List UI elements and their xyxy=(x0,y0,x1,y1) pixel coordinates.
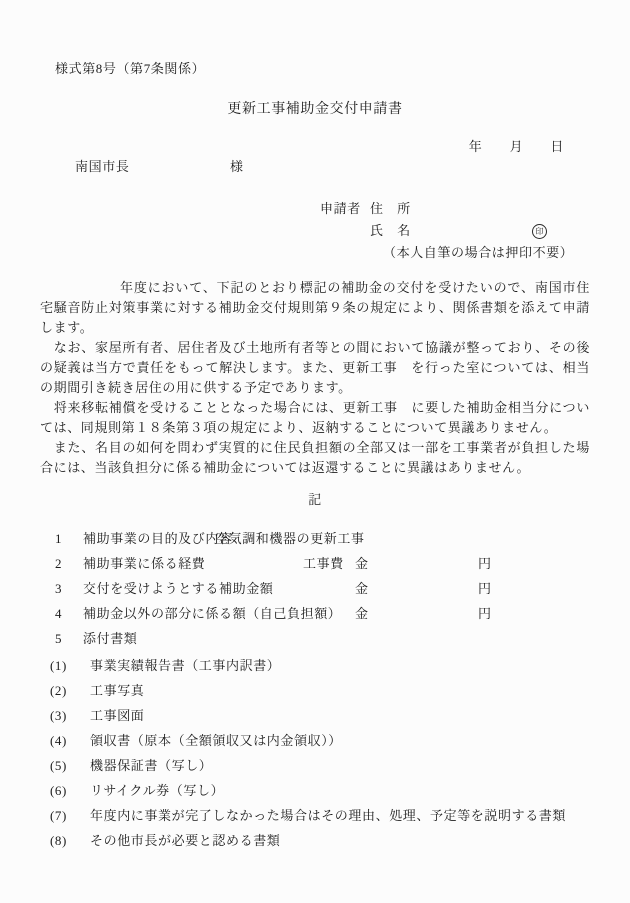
seal-note: （本人自筆の場合は押印不要） xyxy=(320,242,630,264)
attachment-number: (6) xyxy=(50,778,90,803)
seal-icon: 印 xyxy=(532,224,547,239)
item-label: 補助金以外の部分に係る額（自己負担額） xyxy=(83,606,341,621)
document-page: 様式第8号（第7条関係） 更新工事補助金交付申請書 年 月 日 南国市長様 申請… xyxy=(0,0,630,903)
item-label: 添付書類 xyxy=(83,631,137,646)
kin-label: 金 xyxy=(355,601,369,626)
item-number: 1 xyxy=(55,526,83,551)
applicant-name-row: 氏 名 印 xyxy=(320,220,630,242)
ki-heading: 記 xyxy=(0,491,630,509)
attachment-label: 工事図面 xyxy=(90,708,144,723)
attachment-item: (1)事業実績報告書（工事内訳書） xyxy=(0,653,630,678)
list-item-subsidy-amount: 3交付を受けようとする補助金額 金 円 xyxy=(0,576,630,601)
item-label: 補助事業に係る経費 xyxy=(83,556,205,571)
kin-label: 金 xyxy=(355,551,369,576)
attachment-label: 機器保証書（写し） xyxy=(90,758,212,773)
list-item-attachments-heading: 5添付書類 xyxy=(0,626,630,651)
name-label: 氏 名 xyxy=(370,223,411,238)
attachment-label: 事業実績報告書（工事内訳書） xyxy=(90,658,280,673)
attachment-item: (8)その他市長が必要と認める書類 xyxy=(0,828,630,853)
attachment-number: (8) xyxy=(50,828,90,853)
attachment-number: (4) xyxy=(50,728,90,753)
paragraph-agreement: なお、家屋所有者、居住者及び土地所有者等との間において協議が整っており、その後の… xyxy=(40,338,590,398)
attachment-item: (6)リサイクル券（写し） xyxy=(0,778,630,803)
attachment-list: (1)事業実績報告書（工事内訳書） (2)工事写真 (3)工事図面 (4)領収書… xyxy=(0,653,630,853)
attachment-label: 年度内に事業が完了しなかった場合はその理由、処理、予定等を説明する書類 xyxy=(90,808,566,823)
applicant-label: 申請者 xyxy=(320,198,370,220)
list-item-self-pay: 4補助金以外の部分に係る額（自己負担額） 金 円 xyxy=(0,601,630,626)
item-label: 交付を受けようとする補助金額 xyxy=(83,581,273,596)
attachment-item: (2)工事写真 xyxy=(0,678,630,703)
form-number: 様式第8号（第7条関係） xyxy=(55,62,630,76)
attachment-number: (5) xyxy=(50,753,90,778)
attachment-item: (7)年度内に事業が完了しなかった場合はその理由、処理、予定等を説明する書類 xyxy=(0,803,630,828)
item-number: 5 xyxy=(55,626,83,651)
addressee-honorific: 様 xyxy=(230,159,244,174)
item-list: 1補助事業の目的及び内容 空気調和機器の更新工事 2補助事業に係る経費 工事費 … xyxy=(0,526,630,853)
applicant-address-row: 申請者住 所 xyxy=(320,198,630,220)
attachment-label: リサイクル券（写し） xyxy=(90,783,224,798)
item-label: 補助事業の目的及び内容 xyxy=(83,531,233,546)
document-title: 更新工事補助金交付申請書 xyxy=(0,102,630,118)
list-item-expense: 2補助事業に係る経費 工事費 金 円 xyxy=(0,551,630,576)
attachment-number: (2) xyxy=(50,678,90,703)
attachment-number: (7) xyxy=(50,803,90,828)
attachment-label: 領収書（原本（全額領収又は内金領収）） xyxy=(90,733,342,748)
item-value: 空気調和機器の更新工事 xyxy=(215,526,365,551)
attachment-item: (4)領収書（原本（全額領収又は内金領収）） xyxy=(0,728,630,753)
kin-label: 金 xyxy=(355,576,369,601)
yen-label: 円 xyxy=(478,551,492,576)
attachment-label: 工事写真 xyxy=(90,683,144,698)
item-number: 2 xyxy=(55,551,83,576)
yen-label: 円 xyxy=(478,601,492,626)
addressee-name: 南国市長 xyxy=(75,159,230,174)
yen-label: 円 xyxy=(478,576,492,601)
paragraph-application: 年度において、下記のとおり標記の補助金の交付を受けたいので、南国市住宅騒音防止対… xyxy=(40,278,590,338)
attachment-item: (5)機器保証書（写し） xyxy=(0,753,630,778)
cost-prefix-label: 工事費 xyxy=(303,551,344,576)
paragraph-return: また、名目の如何を問わず実質的に住民負担額の全部又は一部を工事業者が負担した場合… xyxy=(40,438,590,478)
body-paragraphs: 年度において、下記のとおり標記の補助金の交付を受けたいので、南国市住宅騒音防止対… xyxy=(40,278,590,478)
attachment-number: (3) xyxy=(50,703,90,728)
addressee-line: 南国市長様 xyxy=(75,159,630,174)
paragraph-repayment: 将来移転補償を受けることとなった場合には、更新工事 に要した補助金相当分について… xyxy=(40,398,590,438)
attachment-number: (1) xyxy=(50,653,90,678)
list-item-purpose: 1補助事業の目的及び内容 空気調和機器の更新工事 xyxy=(0,526,630,551)
item-number: 4 xyxy=(55,601,83,626)
applicant-block: 申請者住 所 氏 名 印 （本人自筆の場合は押印不要） xyxy=(320,198,630,264)
address-label: 住 所 xyxy=(370,201,411,216)
date-line: 年 月 日 xyxy=(0,139,630,154)
attachment-label: その他市長が必要と認める書類 xyxy=(90,833,280,848)
attachment-item: (3)工事図面 xyxy=(0,703,630,728)
item-number: 3 xyxy=(55,576,83,601)
